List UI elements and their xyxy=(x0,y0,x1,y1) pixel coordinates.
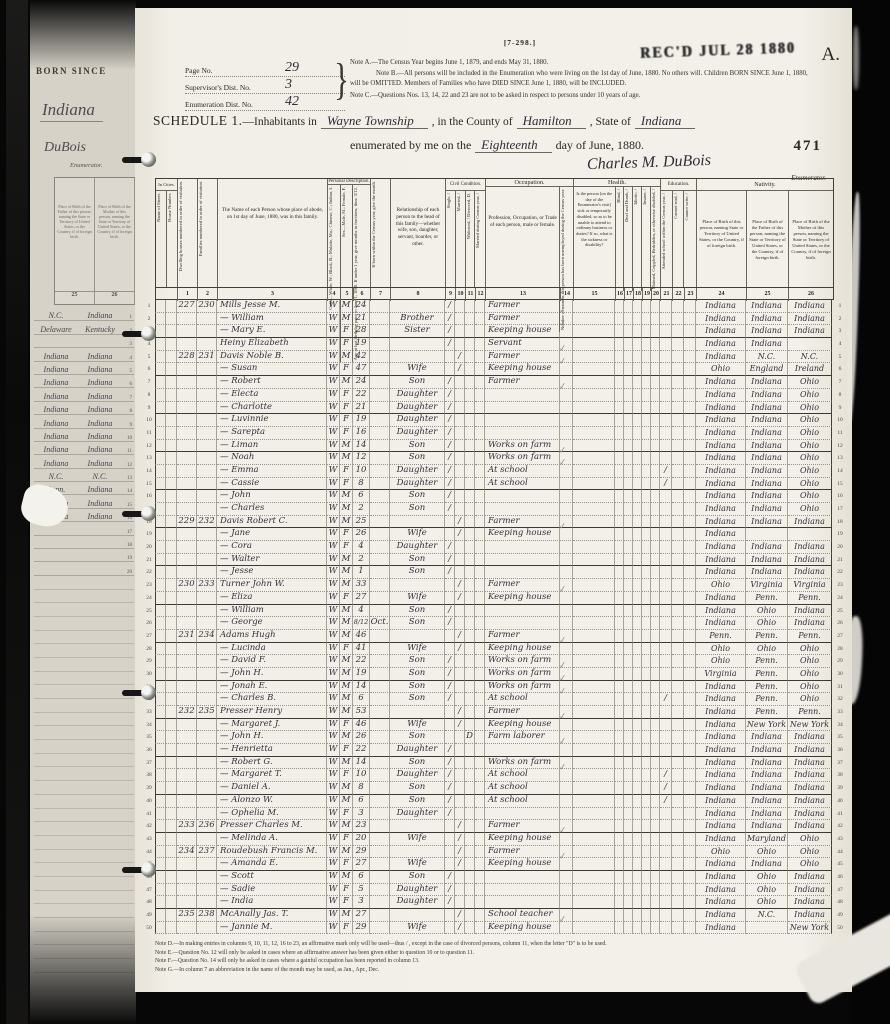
single-mark xyxy=(445,731,455,744)
unemployed-months-cell: ✓ xyxy=(560,579,573,592)
married-mark xyxy=(455,808,465,821)
cannot-write-cell xyxy=(684,630,696,643)
house-number-cell xyxy=(166,490,177,503)
father-birthplace: England xyxy=(746,363,788,376)
relationship: Son xyxy=(390,554,445,567)
facing-page-enumerator-label: Enumerator. xyxy=(70,162,102,169)
pencil-check-mark: ✓ xyxy=(558,685,567,697)
cannot-read-cell xyxy=(672,795,684,808)
father-birthplace: Penn. xyxy=(746,592,788,605)
attended-school-mark xyxy=(660,300,672,313)
house-number-cell xyxy=(166,313,177,326)
line-number: 8 xyxy=(143,389,155,402)
deaf-dumb-cell xyxy=(624,490,633,503)
disabled-cell xyxy=(651,389,660,402)
widowed-divorced-mark xyxy=(465,782,475,795)
sickness-cell xyxy=(573,681,615,694)
family-number xyxy=(197,528,217,541)
cannot-read-cell xyxy=(672,579,684,592)
deaf-dumb-cell xyxy=(624,389,633,402)
person-name: — Liman xyxy=(217,440,327,453)
cannot-read-cell xyxy=(672,402,684,415)
street-cell xyxy=(155,325,166,338)
occupation: At school xyxy=(485,465,560,478)
pencil-check-mark: ✓ xyxy=(558,584,567,596)
sex-value: M xyxy=(340,757,353,770)
disabled-cell xyxy=(651,858,660,871)
county-value: Hamilton xyxy=(517,113,586,129)
age-value: 14 xyxy=(353,440,370,453)
color-value: W xyxy=(327,325,340,338)
birthplace: Indiana xyxy=(696,300,746,313)
col18-header: Idiotic, / xyxy=(633,187,642,291)
attended-school-mark xyxy=(660,389,672,402)
person-name: — Cora xyxy=(217,541,327,554)
deaf-dumb-cell xyxy=(624,351,633,364)
blind-cell xyxy=(615,338,624,351)
line-number: 7 xyxy=(832,376,848,389)
line-number: 43 xyxy=(832,833,848,846)
widowed-divorced-mark xyxy=(465,566,475,579)
idiotic-cell xyxy=(633,389,642,402)
birth-month xyxy=(370,554,390,567)
table-row: 12— LimanWM14Son/Works on farm✓IndianaIn… xyxy=(143,440,848,453)
dwelling-number xyxy=(177,896,197,909)
sickness-cell xyxy=(573,668,615,681)
facing-birthplace: Indiana xyxy=(34,352,78,361)
married-in-year-cell xyxy=(475,858,485,871)
occupation xyxy=(485,617,560,630)
pencil-check-mark: ✓ xyxy=(558,736,567,748)
attended-school-mark xyxy=(660,757,672,770)
disabled-cell xyxy=(651,338,660,351)
line-number: 22 xyxy=(832,566,848,579)
father-birthplace: Ohio xyxy=(746,896,788,909)
relationship: Wife xyxy=(390,592,445,605)
sickness-cell xyxy=(573,896,615,909)
disabled-cell xyxy=(651,478,660,491)
idiotic-cell xyxy=(633,693,642,706)
deaf-dumb-cell xyxy=(624,858,633,871)
age-value: 5 xyxy=(353,884,370,897)
sex-value: F xyxy=(340,833,353,846)
cannot-write-cell xyxy=(684,896,696,909)
line-number: 41 xyxy=(143,808,155,821)
attended-school-mark: / xyxy=(660,795,672,808)
relationship: Daughter xyxy=(390,465,445,478)
color-value: W xyxy=(327,579,340,592)
relationship: Son xyxy=(390,681,445,694)
sickness-cell xyxy=(573,566,615,579)
house-number-cell xyxy=(166,351,177,364)
married-mark xyxy=(455,795,465,808)
sex-value: M xyxy=(340,554,353,567)
person-name: — Walter xyxy=(217,554,327,567)
family-number xyxy=(197,884,217,897)
color-value: W xyxy=(327,389,340,402)
street-cell xyxy=(155,351,166,364)
street-cell xyxy=(155,858,166,871)
facing-line-number: 4 xyxy=(122,356,132,361)
color-value: W xyxy=(327,769,340,782)
disabled-cell xyxy=(651,605,660,618)
family-number xyxy=(197,858,217,871)
dwelling-number xyxy=(177,795,197,808)
house-number-cell xyxy=(166,858,177,871)
single-mark: / xyxy=(445,744,455,757)
insane-cell xyxy=(642,427,651,440)
facing-birthplace: Indiana xyxy=(34,419,78,428)
idiotic-cell xyxy=(633,579,642,592)
father-birthplace: Indiana xyxy=(746,313,788,326)
house-number-cell xyxy=(166,782,177,795)
cannot-write-cell xyxy=(684,757,696,770)
relationship xyxy=(390,820,445,833)
sickness-cell xyxy=(573,846,615,859)
house-number-cell xyxy=(166,769,177,782)
deaf-dumb-cell xyxy=(624,427,633,440)
widowed-divorced-mark xyxy=(465,744,475,757)
blind-cell xyxy=(615,846,624,859)
person-name: — Eliza xyxy=(217,592,327,605)
sickness-cell xyxy=(573,833,615,846)
idiotic-cell xyxy=(633,871,642,884)
cannot-read-cell xyxy=(672,414,684,427)
sickness-cell xyxy=(573,693,615,706)
single-mark: / xyxy=(445,440,455,453)
line-number: 7 xyxy=(143,376,155,389)
disabled-cell xyxy=(651,782,660,795)
sex-value: F xyxy=(340,427,353,440)
father-birthplace: Penn. xyxy=(746,706,788,719)
family-number xyxy=(197,681,217,694)
table-row: 37— Robert G.WM14Son/Works on farm✓India… xyxy=(143,757,848,770)
married-mark xyxy=(455,389,465,402)
mother-birthplace: Virginia xyxy=(788,579,832,592)
line-number: 12 xyxy=(832,440,848,453)
birthplace: Indiana xyxy=(696,452,746,465)
birth-month xyxy=(370,579,390,592)
age-value: 22 xyxy=(353,744,370,757)
disabled-cell xyxy=(651,516,660,529)
line-number: 5 xyxy=(832,351,848,364)
birth-month xyxy=(370,427,390,440)
blind-cell xyxy=(615,592,624,605)
age-value: 27 xyxy=(353,592,370,605)
facing-line-number: 17 xyxy=(122,530,132,535)
relationship: Daughter xyxy=(390,541,445,554)
sickness-cell xyxy=(573,376,615,389)
family-number xyxy=(197,554,217,567)
widowed-divorced-mark xyxy=(465,909,475,922)
deaf-dumb-cell xyxy=(624,795,633,808)
insane-cell xyxy=(642,325,651,338)
dwelling-number: 231 xyxy=(177,630,197,643)
deaf-dumb-cell xyxy=(624,909,633,922)
single-mark xyxy=(445,719,455,732)
cannot-read-cell xyxy=(672,554,684,567)
col2-header: Families numbered in order of visitation… xyxy=(198,179,218,287)
table-row: 17— CharlesWM2Son/IndianaIndianaOhio17 xyxy=(143,503,848,516)
disabled-cell xyxy=(651,617,660,630)
sickness-cell xyxy=(573,884,615,897)
relationship: Daughter xyxy=(390,744,445,757)
widowed-divorced-mark xyxy=(465,630,475,643)
blind-cell xyxy=(615,896,624,909)
person-name: — Margaret T. xyxy=(217,769,327,782)
insane-cell xyxy=(642,605,651,618)
color-value: W xyxy=(327,402,340,415)
cannot-read-cell xyxy=(672,858,684,871)
birth-month xyxy=(370,833,390,846)
facing-birthplace: Indiana xyxy=(34,405,78,414)
attended-school-mark xyxy=(660,402,672,415)
line-number: 4 xyxy=(832,338,848,351)
cannot-write-cell xyxy=(684,617,696,630)
occupation: Works on farm xyxy=(485,452,560,465)
dwelling-number xyxy=(177,681,197,694)
unemployed-months-cell: ✓ xyxy=(560,909,573,922)
family-number xyxy=(197,795,217,808)
sex-value: M xyxy=(340,846,353,859)
family-number xyxy=(197,668,217,681)
blind-cell xyxy=(615,706,624,719)
widowed-divorced-mark xyxy=(465,795,475,808)
state-value: Indiana xyxy=(635,113,695,129)
blind-cell xyxy=(615,617,624,630)
age-value: 27 xyxy=(353,909,370,922)
blind-cell xyxy=(615,909,624,922)
pencil-check-mark: ✓ xyxy=(558,634,567,646)
color-value: W xyxy=(327,528,340,541)
facing-col-25-header: Place of Birth of the Father of this per… xyxy=(55,178,95,291)
line-number: 26 xyxy=(143,617,155,630)
facing-page-row: IndianaIndiana7 xyxy=(34,388,134,401)
table-row: 28— LucindaWF41Wife/Keeping houseOhioOhi… xyxy=(143,643,848,656)
idiotic-cell xyxy=(633,617,642,630)
cannot-write-cell xyxy=(684,402,696,415)
married-in-year-cell xyxy=(475,681,485,694)
street-cell xyxy=(155,617,166,630)
insane-cell xyxy=(642,389,651,402)
facing-page-blank-row xyxy=(34,850,134,864)
facing-col-number: 26 xyxy=(95,292,135,304)
house-number-cell xyxy=(166,414,177,427)
occupation xyxy=(485,427,560,440)
birth-month xyxy=(370,643,390,656)
house-number-cell xyxy=(166,325,177,338)
cannot-write-cell xyxy=(684,795,696,808)
line-number: 39 xyxy=(832,782,848,795)
father-birthplace: Virginia xyxy=(746,579,788,592)
mother-birthplace: Penn. xyxy=(788,630,832,643)
in-cities-label: In Cities. xyxy=(156,179,177,191)
mother-birthplace: Ohio xyxy=(788,414,832,427)
facing-page-row: 18 xyxy=(34,536,134,549)
dwelling-number xyxy=(177,605,197,618)
father-birthplace: Penn. xyxy=(746,655,788,668)
widowed-divorced-mark xyxy=(465,643,475,656)
facing-birthplace: Indiana xyxy=(78,512,122,521)
sickness-cell xyxy=(573,490,615,503)
line-number: 15 xyxy=(143,478,155,491)
disabled-cell xyxy=(651,833,660,846)
dwelling-number xyxy=(177,402,197,415)
birth-month xyxy=(370,896,390,909)
birth-month xyxy=(370,490,390,503)
deaf-dumb-cell xyxy=(624,465,633,478)
sex-value: M xyxy=(340,655,353,668)
age-value: 4 xyxy=(353,605,370,618)
table-row: 33232235Presser HenryWM53/Farmer✓Indiana… xyxy=(143,706,848,719)
sex-value: F xyxy=(340,541,353,554)
person-name: — George xyxy=(217,617,327,630)
relationship: Daughter xyxy=(390,389,445,402)
attended-school-mark: / xyxy=(660,782,672,795)
idiotic-cell xyxy=(633,414,642,427)
facing-page-blank-row xyxy=(34,932,134,946)
sickness-cell xyxy=(573,351,615,364)
cannot-read-cell xyxy=(672,566,684,579)
county-pre: , in the County of xyxy=(432,116,513,128)
relationship: Wife xyxy=(390,528,445,541)
deaf-dumb-cell xyxy=(624,655,633,668)
widowed-divorced-mark xyxy=(465,820,475,833)
insane-cell xyxy=(642,478,651,491)
married-in-year-cell xyxy=(475,769,485,782)
unemployed-months-cell xyxy=(560,566,573,579)
father-birthplace: Indiana xyxy=(746,325,788,338)
birth-month xyxy=(370,922,390,935)
birthplace: Indiana xyxy=(696,617,746,630)
sex-value: M xyxy=(340,313,353,326)
married-mark: / xyxy=(455,592,465,605)
dwelling-number xyxy=(177,313,197,326)
family-number xyxy=(197,566,217,579)
sickness-cell xyxy=(573,782,615,795)
person-name: Adams Hugh xyxy=(217,630,327,643)
house-number-cell xyxy=(166,833,177,846)
sex-value: M xyxy=(340,668,353,681)
line-number: 29 xyxy=(143,655,155,668)
unemployed-months-cell xyxy=(560,884,573,897)
mother-birthplace: Ohio xyxy=(788,440,832,453)
occupation: Farm laborer xyxy=(485,731,560,744)
deaf-dumb-cell xyxy=(624,402,633,415)
occupation: At school xyxy=(485,769,560,782)
father-birthplace: Indiana xyxy=(746,554,788,567)
blind-cell xyxy=(615,922,624,935)
deaf-dumb-cell xyxy=(624,566,633,579)
facing-page-row: 19 xyxy=(34,549,134,562)
col7-header: If born within the Census year, give the… xyxy=(371,179,391,287)
birthplace: Indiana xyxy=(696,719,746,732)
unemployed-months-cell xyxy=(560,490,573,503)
deaf-dumb-cell xyxy=(624,744,633,757)
line-number: 6 xyxy=(832,363,848,376)
cannot-write-cell xyxy=(684,833,696,846)
insane-cell xyxy=(642,351,651,364)
note-b: Note B.—All persons will be included in … xyxy=(350,69,815,89)
sickness-cell xyxy=(573,554,615,567)
attended-school-mark xyxy=(660,655,672,668)
deaf-dumb-cell xyxy=(624,414,633,427)
house-column-header: House Number. xyxy=(167,191,177,287)
age-value: 8 xyxy=(353,478,370,491)
deaf-dumb-cell xyxy=(624,452,633,465)
sickness-cell xyxy=(573,757,615,770)
nativity-label: Nativity. xyxy=(697,179,833,191)
married-in-year-cell xyxy=(475,579,485,592)
relationship: Son xyxy=(390,757,445,770)
idiotic-cell xyxy=(633,503,642,516)
sickness-cell xyxy=(573,313,615,326)
married-mark xyxy=(455,605,465,618)
house-number-cell xyxy=(166,516,177,529)
married-mark xyxy=(455,782,465,795)
cannot-read-cell xyxy=(672,719,684,732)
attended-school-mark: / xyxy=(660,769,672,782)
married-in-year-cell xyxy=(475,605,485,618)
family-number xyxy=(197,757,217,770)
father-birthplace: Penn. xyxy=(746,681,788,694)
line-number: 37 xyxy=(832,757,848,770)
cannot-write-cell xyxy=(684,668,696,681)
facing-page-blank-row xyxy=(34,795,134,809)
facing-birthplace: N.C. xyxy=(34,311,78,320)
occupation: Works on farm xyxy=(485,655,560,668)
attended-school-mark xyxy=(660,884,672,897)
insane-cell xyxy=(642,719,651,732)
sex-value: F xyxy=(340,363,353,376)
dwelling-number xyxy=(177,478,197,491)
table-row: 29— David F.WM22Son/Works on farm✓OhioPe… xyxy=(143,655,848,668)
cannot-write-cell xyxy=(684,389,696,402)
dwelling-number: 232 xyxy=(177,706,197,719)
facing-page-blank-row xyxy=(34,877,134,891)
occupation: At school xyxy=(485,693,560,706)
insane-cell xyxy=(642,655,651,668)
street-cell xyxy=(155,668,166,681)
house-number-cell xyxy=(166,541,177,554)
pencil-check-mark: ✓ xyxy=(558,343,567,355)
attended-school-mark xyxy=(660,363,672,376)
unemployed-months-cell xyxy=(560,896,573,909)
facing-page-row: 20 xyxy=(34,562,134,575)
birthplace: Indiana xyxy=(696,478,746,491)
father-birthplace: Indiana xyxy=(746,465,788,478)
cannot-write-cell xyxy=(684,325,696,338)
sex-value: F xyxy=(340,592,353,605)
single-mark: / xyxy=(445,389,455,402)
idiotic-cell xyxy=(633,592,642,605)
birthplace: Indiana xyxy=(696,896,746,909)
blind-cell xyxy=(615,795,624,808)
street-cell xyxy=(155,769,166,782)
sex-value: M xyxy=(340,871,353,884)
insane-cell xyxy=(642,300,651,313)
line-number: 27 xyxy=(143,630,155,643)
cannot-write-cell xyxy=(684,820,696,833)
dwelling-number: 230 xyxy=(177,579,197,592)
facing-page-row: DelawareKentucky2 xyxy=(34,321,134,334)
idiotic-cell xyxy=(633,465,642,478)
line-number: 17 xyxy=(832,503,848,516)
widowed-divorced-mark xyxy=(465,427,475,440)
sex-value: F xyxy=(340,414,353,427)
widowed-divorced-mark xyxy=(465,465,475,478)
table-row: 38— Margaret T.WF10Daughter/At school/In… xyxy=(143,769,848,782)
